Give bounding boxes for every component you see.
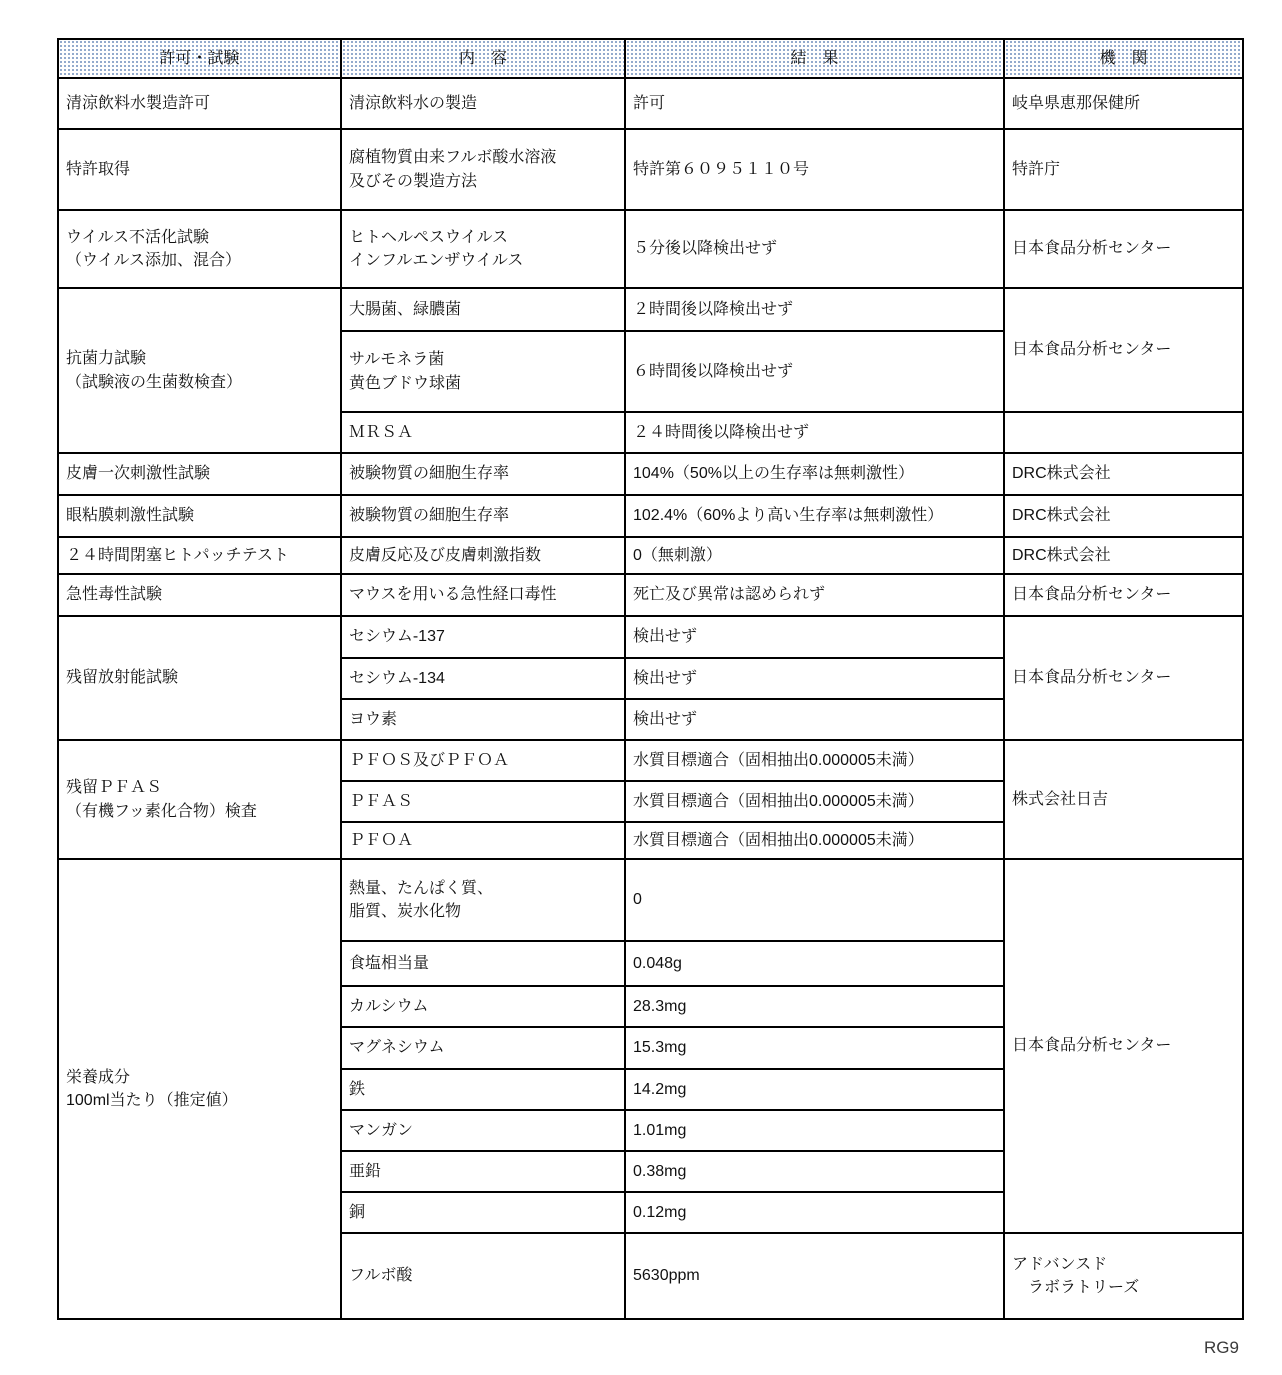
result-cell: 死亡及び異常は認められず (625, 574, 1004, 616)
result-cell: 0（無刺激） (625, 537, 1004, 574)
result-cell: ２４時間後以降検出せず (625, 412, 1004, 453)
content-cell: サルモネラ菌 黄色ブドウ球菌 (341, 331, 625, 412)
header-result: 結 果 (625, 39, 1004, 78)
organization-cell: 日本食品分析センター (1004, 288, 1243, 412)
organization-cell: 日本食品分析センター (1004, 859, 1243, 1233)
organization-cell: 日本食品分析センター (1004, 616, 1243, 740)
result-cell: 水質目標適合（固相抽出0.000005未満） (625, 822, 1004, 859)
result-cell: 0.38mg (625, 1151, 1004, 1192)
result-cell: 28.3mg (625, 986, 1004, 1027)
organization-cell: 株式会社日吉 (1004, 740, 1243, 859)
table-row: 眼粘膜刺激性試験 被験物質の細胞生存率 102.4%（60%より高い生存率は無刺… (58, 495, 1243, 537)
table-row: 特許取得 腐植物質由来フルボ酸水溶液 及びその製造方法 特許第６０９５１１０号 … (58, 129, 1243, 210)
result-cell: 15.3mg (625, 1027, 1004, 1069)
organization-cell: アドバンスド ラボラトリーズ (1004, 1233, 1243, 1319)
result-cell: 0.12mg (625, 1192, 1004, 1233)
test-name-cell: 残留放射能試験 (58, 616, 341, 740)
result-cell: 水質目標適合（固相抽出0.000005未満） (625, 740, 1004, 781)
result-cell: ５分後以降検出せず (625, 210, 1004, 288)
organization-cell-empty (1004, 412, 1243, 453)
table-row: 清涼飲料水製造許可 清涼飲料水の製造 許可 岐阜県恵那保健所 (58, 78, 1243, 129)
header-organization: 機 関 (1004, 39, 1243, 78)
content-cell: マンガン (341, 1110, 625, 1151)
organization-cell: DRC株式会社 (1004, 453, 1243, 495)
result-cell: 水質目標適合（固相抽出0.000005未満） (625, 781, 1004, 822)
certification-table: 許可・試験 内 容 結 果 機 関 清涼飲料水製造許可 清涼飲料水の製造 許可 … (57, 38, 1244, 1320)
content-cell: ＰＦＡＳ (341, 781, 625, 822)
result-cell: 0.048g (625, 941, 1004, 986)
table-row: 残留ＰＦＡＳ （有機フッ素化合物）検査 ＰＦＯＳ及びＰＦＯＡ 水質目標適合（固相… (58, 740, 1243, 781)
organization-cell: 特許庁 (1004, 129, 1243, 210)
organization-cell: 日本食品分析センター (1004, 210, 1243, 288)
test-name-cell: ２４時間閉塞ヒトパッチテスト (58, 537, 341, 574)
result-cell: 104%（50%以上の生存率は無刺激性） (625, 453, 1004, 495)
test-name-cell: 皮膚一次刺激性試験 (58, 453, 341, 495)
result-cell: ６時間後以降検出せず (625, 331, 1004, 412)
content-cell: 食塩相当量 (341, 941, 625, 986)
content-cell: ＰＦＯＳ及びＰＦＯＡ (341, 740, 625, 781)
result-cell: ２時間後以降検出せず (625, 288, 1004, 331)
test-name-cell: 特許取得 (58, 129, 341, 210)
content-cell: ＰＦＯＡ (341, 822, 625, 859)
content-cell: 被験物質の細胞生存率 (341, 495, 625, 537)
content-cell: 亜鉛 (341, 1151, 625, 1192)
test-name-cell: 急性毒性試験 (58, 574, 341, 616)
content-cell: マグネシウム (341, 1027, 625, 1069)
table-row: ２４時間閉塞ヒトパッチテスト 皮膚反応及び皮膚刺激指数 0（無刺激） DRC株式… (58, 537, 1243, 574)
content-cell: フルボ酸 (341, 1233, 625, 1319)
result-cell: 1.01mg (625, 1110, 1004, 1151)
result-cell: 5630ppm (625, 1233, 1004, 1319)
result-cell: 許可 (625, 78, 1004, 129)
test-name-cell: 抗菌力試験 （試験液の生菌数検査） (58, 288, 341, 453)
result-cell: 特許第６０９５１１０号 (625, 129, 1004, 210)
test-name-cell: 残留ＰＦＡＳ （有機フッ素化合物）検査 (58, 740, 341, 859)
result-cell: 14.2mg (625, 1069, 1004, 1110)
result-cell: 検出せず (625, 658, 1004, 699)
header-content: 内 容 (341, 39, 625, 78)
content-cell: セシウム-137 (341, 616, 625, 658)
test-name-cell: ウイルス不活化試験 （ウイルス添加、混合） (58, 210, 341, 288)
page-code: RG9 (1204, 1338, 1239, 1358)
table-row: 残留放射能試験 セシウム-137 検出せず 日本食品分析センター (58, 616, 1243, 658)
content-cell: カルシウム (341, 986, 625, 1027)
content-cell: 清涼飲料水の製造 (341, 78, 625, 129)
test-name-cell: 眼粘膜刺激性試験 (58, 495, 341, 537)
table-row: 皮膚一次刺激性試験 被験物質の細胞生存率 104%（50%以上の生存率は無刺激性… (58, 453, 1243, 495)
table-row: ウイルス不活化試験 （ウイルス添加、混合） ヒトヘルペスウイルス インフルエンザ… (58, 210, 1243, 288)
content-cell: 熱量、たんぱく質、 脂質、炭水化物 (341, 859, 625, 941)
result-cell: 検出せず (625, 699, 1004, 740)
content-cell: 被験物質の細胞生存率 (341, 453, 625, 495)
content-cell: 皮膚反応及び皮膚刺激指数 (341, 537, 625, 574)
content-cell: マウスを用いる急性経口毒性 (341, 574, 625, 616)
table-row: 急性毒性試験 マウスを用いる急性経口毒性 死亡及び異常は認められず 日本食品分析… (58, 574, 1243, 616)
table-row: 抗菌力試験 （試験液の生菌数検査） 大腸菌、緑膿菌 ２時間後以降検出せず 日本食… (58, 288, 1243, 331)
header-permit-test: 許可・試験 (58, 39, 341, 78)
result-cell: 検出せず (625, 616, 1004, 658)
content-cell: 銅 (341, 1192, 625, 1233)
header-row: 許可・試験 内 容 結 果 機 関 (58, 39, 1243, 78)
test-name-cell: 清涼飲料水製造許可 (58, 78, 341, 129)
content-cell: ヒトヘルペスウイルス インフルエンザウイルス (341, 210, 625, 288)
result-cell: 0 (625, 859, 1004, 941)
content-cell: 腐植物質由来フルボ酸水溶液 及びその製造方法 (341, 129, 625, 210)
organization-cell: DRC株式会社 (1004, 495, 1243, 537)
content-cell: ヨウ素 (341, 699, 625, 740)
organization-cell: 日本食品分析センター (1004, 574, 1243, 616)
content-cell: セシウム-134 (341, 658, 625, 699)
content-cell: 鉄 (341, 1069, 625, 1110)
organization-cell: DRC株式会社 (1004, 537, 1243, 574)
content-cell: ＭＲＳＡ (341, 412, 625, 453)
test-name-cell: 栄養成分 100ml当たり（推定値） (58, 859, 341, 1319)
organization-cell: 岐阜県恵那保健所 (1004, 78, 1243, 129)
content-cell: 大腸菌、緑膿菌 (341, 288, 625, 331)
result-cell: 102.4%（60%より高い生存率は無刺激性） (625, 495, 1004, 537)
table-row: 栄養成分 100ml当たり（推定値） 熱量、たんぱく質、 脂質、炭水化物 0 日… (58, 859, 1243, 941)
